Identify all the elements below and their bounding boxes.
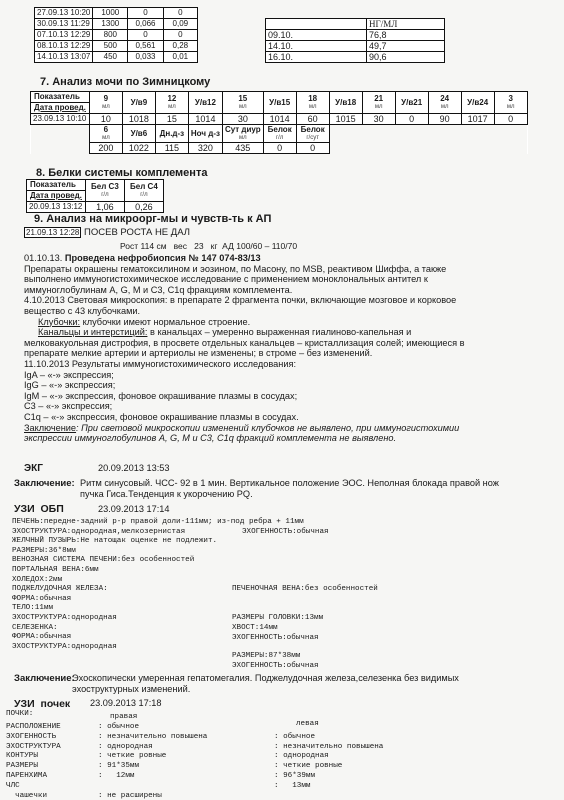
header-label: Ноч д-з: [191, 129, 220, 139]
header-label: 3: [497, 94, 525, 104]
blank-cell: [31, 143, 90, 154]
complement-value: 0,26: [124, 202, 163, 213]
uzi-obp-line: ПЕЧЕНЬ:передне-задний р-р правой доли-11…: [12, 518, 304, 528]
blank-cell: [494, 125, 527, 143]
kidney-param: чашечки: [6, 792, 47, 800]
uzi-obp-line: ВЕНОЗНАЯ СИСТЕМА ПЕЧЕНИ:без особенностей: [12, 556, 304, 566]
biopsy-text-line: вещество с 43 клубочками.: [24, 306, 564, 317]
biopsy-text-line: 11.10.2013 Результаты иммуногистохимичес…: [24, 359, 564, 370]
blank-cell: [461, 143, 494, 154]
table-cell: 0: [163, 30, 197, 41]
kidney-param: ЧЛС: [6, 782, 20, 792]
zimnitsky-value: 115: [155, 143, 188, 154]
urine-volume-table: 27.09.13 10:2010000030.09.13 11:2913000,…: [34, 7, 198, 63]
tubules-label: Канальцы и интерстиций:: [38, 327, 147, 337]
tubules-text: в канальцах – умеренно выраженная гиалин…: [147, 327, 411, 337]
table-cell: 450: [93, 52, 128, 63]
unit-label: мл: [497, 104, 525, 111]
table-row: 23.09.13 10:1010101815101430101460101530…: [31, 114, 528, 125]
ekg-datetime: 20.09.2013 13:53: [98, 463, 170, 474]
unit-label: мл: [299, 104, 327, 111]
blank-cell: [31, 125, 90, 143]
table-row: 09.10.76,8: [266, 30, 445, 41]
blank-cell: [329, 125, 362, 143]
biopsy-title: Проведена нефробиопсия № 147 074-83/13: [65, 253, 261, 263]
zimnitsky-header: 18мл: [296, 92, 329, 114]
zimnitsky-header: У/в12: [188, 92, 222, 114]
biopsy-conclusion-label: Заключение: [24, 423, 76, 433]
table-cell: 08.10.13 12:29: [35, 41, 93, 52]
uzi-obp-line: ФОРМА:обычная: [12, 595, 304, 605]
right-kidney-value: : 91*35мм: [98, 762, 139, 772]
kidney-param: КОНТУРЫ: [6, 752, 38, 762]
table-cell: 0,561: [128, 41, 163, 52]
biopsy-text-line: выполнено иммуногистохимическое исследов…: [24, 274, 564, 285]
header-label: Белок: [266, 125, 294, 135]
zimnitsky-value: 0: [395, 114, 428, 125]
kidney-param: ПАРЕНХИМА: [6, 772, 47, 782]
kidney-row: чашечки: не расширены: [6, 792, 564, 800]
table-cell: 0: [128, 8, 163, 19]
label-indicator: Показатель: [27, 180, 85, 191]
complement-value: 1,06: [85, 202, 124, 213]
unit-label: мл: [158, 104, 186, 111]
kidney-param: ЭХОСТРУКТУРА: [6, 743, 61, 753]
anthropometry: Рост 114 см вес 23 кг АД 100/60 – 110/70: [120, 241, 297, 251]
biopsy-text-line: 4.10.2013 Световая микроскопия: в препар…: [24, 295, 564, 306]
complement-table: ПоказательДата провед.Бел C3г/лБел C4г/л…: [26, 179, 164, 213]
left-kidney-value: : четкие ровные: [274, 762, 342, 772]
header-label: 12: [158, 94, 186, 104]
table-row: ПоказательДата провед.9млУ/в912млУ/в1215…: [31, 92, 528, 114]
zimnitsky-header: 3мл: [494, 92, 527, 114]
kidney-param: РАСПОЛОЖЕНИЕ: [6, 723, 61, 733]
unit-label: мл: [225, 104, 261, 111]
label-indicator: Показатель: [31, 92, 89, 103]
zimnitsky-header: Дн.д-з: [155, 125, 188, 143]
zimnitsky-value: 10: [89, 114, 122, 125]
zimnitsky-value: 15: [155, 114, 188, 125]
left-kidney-value: : 96*39мм: [274, 772, 315, 782]
header-label: У/в21: [398, 98, 426, 108]
biopsy-text-line: Препараты окрашены гематоксилином и эози…: [24, 264, 564, 275]
blank-cell: [428, 143, 461, 154]
header-label: 6: [92, 125, 120, 135]
table-cell: 0,033: [128, 52, 163, 63]
micro-date: 21.09.13 12:28: [24, 227, 81, 238]
ekg-conclusion-2: пучка Гиса.Тенденция к укорочению PQ.: [80, 489, 253, 500]
unit-label: мл: [431, 104, 459, 111]
value-cell: 76,8: [367, 30, 445, 41]
uzi-obp-conclusion-1: Эхоскопически умеренная гепатомегалия. П…: [72, 673, 459, 684]
zimnitsky-value: 0: [494, 114, 527, 125]
table-row: 20.09.13 13:121,060,26: [27, 202, 164, 213]
zimnitsky-header: Ноч д-з: [188, 125, 222, 143]
header-label: У/в24: [464, 98, 492, 108]
zimnitsky-value: 1014: [263, 114, 296, 125]
table-row: 14.10.13 13:074500,0330,01: [35, 52, 198, 63]
kidney-row: ЭХОСТРУКТУРА: однородная: незначительно …: [6, 743, 564, 753]
ekg-conclusion-1: Ритм синусовый. ЧСС- 92 в 1 мин. Вертика…: [80, 478, 499, 489]
blank-cell: [461, 125, 494, 143]
kidneys-section: ПОЧКИ:: [6, 710, 33, 720]
right-kidney-value: : 12мм: [98, 772, 134, 782]
uzi-obp-datetime: 23.09.2013 17:14: [98, 504, 170, 515]
table-cell: 07.10.13 12:29: [35, 30, 93, 41]
kidney-row: ЧЛС: 13мм: [6, 782, 564, 792]
date-cell: 14.10.: [266, 41, 367, 52]
hormone-level-table: НГ/МЛ 09.10.76,814.10.49,716.10.90,6: [265, 18, 445, 63]
uzi-obp-line: ХОЛЕДОХ:2мм: [12, 576, 304, 586]
unit-label: г/сут: [299, 135, 327, 142]
zimnitsky-value: 1015: [329, 114, 362, 125]
unit-label: мл: [92, 135, 120, 142]
uzi-obp-line: ТЕЛО:11мм: [12, 604, 304, 614]
zimnitsky-value: 1022: [122, 143, 155, 154]
table-cell: 30.09.13 11:29: [35, 19, 93, 30]
blank-cell: [362, 125, 395, 143]
pancreas-tail: ХВОСТ:14мм: [232, 624, 278, 634]
glomeruli-text: клубочки имеют нормальное строение.: [80, 317, 250, 327]
zimnitsky-value: 90: [428, 114, 461, 125]
complement-header: Бел C4г/л: [124, 180, 163, 202]
blank-cell: [362, 143, 395, 154]
header-label: Бел C4: [127, 182, 161, 192]
unit-label: мл: [225, 135, 261, 142]
uzi-obp-label: УЗИ ОБП: [14, 503, 64, 515]
zimnitsky-header: У/в15: [263, 92, 296, 114]
header-label: У/в15: [266, 98, 294, 108]
kidney-row: ПАРЕНХИМА: 12мм: 96*39мм: [6, 772, 564, 782]
date-cell: 09.10.: [266, 30, 367, 41]
date-cell: 20.09.13 13:12: [27, 202, 86, 213]
biopsy-text-line: C1q – «-» экспрессия, фоновое окрашивани…: [24, 412, 564, 423]
spleen-echogenicity: ЭХОГЕННОСТЬ:обычная: [232, 662, 319, 672]
table-cell: 0,066: [128, 19, 163, 30]
biopsy-conclusion-1: : При световой микроскопии изменений клу…: [76, 423, 459, 433]
zimnitsky-header: У/в18: [329, 92, 362, 114]
table-cell: 1300: [93, 19, 128, 30]
zimnitsky-header: У/в24: [461, 92, 494, 114]
date-cell: 23.09.13 10:10: [31, 114, 90, 125]
biopsy-section: 01.10.13. Проведена нефробиопсия № 147 0…: [24, 253, 564, 444]
biopsy-text-line: мелковакуольная дистрофия, в просвете от…: [24, 338, 564, 349]
zimnitsky-header: 21мл: [362, 92, 395, 114]
table-cell: 27.09.13 10:20: [35, 8, 93, 19]
table-cell: 0,01: [163, 52, 197, 63]
zimnitsky-header: У/в6: [122, 125, 155, 143]
table-row: 16.10.90,6: [266, 52, 445, 63]
zimnitsky-value: 0: [296, 143, 329, 154]
header-label: У/в6: [125, 129, 153, 139]
biopsy-text-line: C3 – «-» экспрессия;: [24, 401, 564, 412]
table-row: ПоказательДата провед.Бел C3г/лБел C4г/л: [27, 180, 164, 202]
header-label: У/в12: [191, 98, 220, 108]
biopsy-text-line: препарате мелкие артерии и артериолы не …: [24, 348, 564, 359]
header-label: 18: [299, 94, 327, 104]
pancreas-echogenicity: ЭХОГЕННОСТЬ:обычная: [232, 634, 319, 644]
table-cell: 14.10.13 13:07: [35, 52, 93, 63]
uzi-obp-line: ЖЕЛЧНЫЙ ПУЗЫРЬ:Не натощак оценке не подл…: [12, 537, 304, 547]
table-cell: 0,28: [163, 41, 197, 52]
kidney-findings: РАСПОЛОЖЕНИЕ: обычноеЭХОГЕННОСТЬ: незнач…: [6, 723, 564, 800]
biopsy-text-line: IgA – «-» экспрессия;: [24, 370, 564, 381]
blank-cell: [494, 143, 527, 154]
unit-label: г/л: [266, 135, 294, 142]
zimnitsky-title: 7. Анализ мочи по Зимницкому: [40, 76, 210, 88]
zimnitsky-header: 9мл: [89, 92, 122, 114]
zimnitsky-value: 435: [222, 143, 263, 154]
hepatic-vein: ПЕЧЕНОЧНАЯ ВЕНА:без особенностей: [232, 585, 378, 595]
value-cell: 49,7: [367, 41, 445, 52]
unit-label: г/л: [127, 192, 161, 199]
left-kidney-value: : незначительно повышена: [274, 743, 383, 753]
uzi-obp-conclusion-label: Заключение:: [14, 673, 75, 684]
label-date-header: Дата провед.: [27, 191, 85, 201]
biopsy-conclusion-2: экспрессии иммуноглобулинов A, G, M и C3…: [24, 433, 564, 444]
header-label: У/в18: [332, 98, 360, 108]
right-kidney-value: : не расширены: [98, 792, 162, 800]
zimnitsky-table: ПоказательДата провед.9млУ/в912млУ/в1215…: [30, 91, 528, 154]
header-label: 24: [431, 94, 459, 104]
blank-cell: [329, 143, 362, 154]
zimnitsky-value: 60: [296, 114, 329, 125]
biopsy-text-line: IgM – «-» экспрессия, фоновое окрашивани…: [24, 391, 564, 402]
kidney-row: КОНТУРЫ: четкие ровные: однородная: [6, 752, 564, 762]
table-cell: 0,09: [163, 19, 197, 30]
table-cell: 800: [93, 30, 128, 41]
ekg-label: ЭКГ: [24, 463, 43, 474]
kidney-row: РАЗМЕРЫ: 91*35мм: четкие ровные: [6, 762, 564, 772]
header-label: У/в9: [125, 98, 153, 108]
zimnitsky-header: 15мл: [222, 92, 263, 114]
header-label: Белок: [299, 125, 327, 135]
ekg-conclusion-label: Заключение:: [14, 478, 75, 489]
uzi-obp-line: РАЗМЕРЫ:36*8мм: [12, 547, 304, 557]
header-label: Сут диур: [225, 125, 261, 135]
uzi-obp-line: ЭХОСТРУКТУРА:однородная: [12, 643, 304, 653]
glomeruli-label: Клубочки:: [38, 317, 80, 327]
zimnitsky-value: 30: [362, 114, 395, 125]
table-cell: 1000: [93, 8, 128, 19]
zimnitsky-header: 6мл: [89, 125, 122, 143]
label-cell: ПоказательДата провед.: [27, 180, 86, 202]
zimnitsky-value: 30: [222, 114, 263, 125]
kidney-param: ЭХОГЕННОСТЬ: [6, 733, 56, 743]
left-kidney-value: : однородная: [274, 752, 329, 762]
complement-title: 8. Белки системы комплемента: [36, 167, 207, 179]
table-cell: 0: [128, 30, 163, 41]
table-row: 07.10.13 12:2980000: [35, 30, 198, 41]
header-label: Бел C3: [88, 182, 122, 192]
zimnitsky-header: Белокг/сут: [296, 125, 329, 143]
label-cell: ПоказательДата провед.: [31, 92, 90, 114]
uzi-kidneys-datetime: 23.09.2013 17:18: [90, 698, 162, 709]
table-cell: 0: [163, 8, 197, 19]
zimnitsky-value: 1014: [188, 114, 222, 125]
date-cell: 16.10.: [266, 52, 367, 63]
header-label: 21: [365, 94, 393, 104]
uzi-obp-line: ПОРТАЛЬНАЯ ВЕНА:6мм: [12, 566, 304, 576]
biopsy-date: 01.10.13.: [24, 253, 62, 263]
micro-title: 9. Анализ на микроорг-мы и чувств-ть к А…: [34, 213, 271, 225]
blank-cell: [395, 143, 428, 154]
micro-result: ПОСЕВ РОСТА НЕ ДАЛ: [84, 227, 190, 238]
header-label: 9: [92, 94, 120, 104]
zimnitsky-header: 12мл: [155, 92, 188, 114]
right-kidney-value: : обычное: [98, 723, 139, 733]
left-kidney-value: : обычное: [274, 733, 315, 743]
right-kidney-value: : незначительно повышена: [98, 733, 207, 743]
spleen-size: РАЗМЕРЫ:87*38мм: [232, 652, 300, 662]
table-row: 30.09.13 11:2913000,0660,09: [35, 19, 198, 30]
uzi-kidneys-label: УЗИ почек: [14, 698, 70, 710]
unit-header: НГ/МЛ: [367, 19, 445, 30]
header-label: 15: [225, 94, 261, 104]
table-row: 200102211532043500: [31, 143, 528, 154]
value-cell: 90,6: [367, 52, 445, 63]
zimnitsky-value: 200: [89, 143, 122, 154]
zimnitsky-header: 24мл: [428, 92, 461, 114]
right-kidney-value: : однородная: [98, 743, 153, 753]
biopsy-text-line: IgG – «-» экспрессия;: [24, 380, 564, 391]
label-date-header: Дата провед.: [31, 103, 89, 113]
kidney-row: ЭХОГЕННОСТЬ: незначительно повышена: обы…: [6, 733, 564, 743]
left-kidney-value: : 13мм: [274, 782, 310, 792]
zimnitsky-value: 1018: [122, 114, 155, 125]
kidney-param: РАЗМЕРЫ: [6, 762, 38, 772]
table-row: 08.10.13 12:295000,5610,28: [35, 41, 198, 52]
header-label: Дн.д-з: [158, 129, 186, 139]
blank-cell: [428, 125, 461, 143]
blank-cell: [395, 125, 428, 143]
zimnitsky-header: У/в9: [122, 92, 155, 114]
pancreas-head-size: РАЗМЕРЫ ГОЛОВКИ:13мм: [232, 614, 323, 624]
table-row: 27.09.13 10:20100000: [35, 8, 198, 19]
unit-label: мл: [92, 104, 120, 111]
complement-header: Бел C3г/л: [85, 180, 124, 202]
zimnitsky-header: Сут диурмл: [222, 125, 263, 143]
zimnitsky-header: Белокг/л: [263, 125, 296, 143]
uzi-obp-conclusion-2: эхоструктурных изменений.: [72, 684, 190, 695]
biopsy-text-line: иммуноглобулинам A, G, M и C3, C1q фракц…: [24, 285, 564, 296]
kidney-row: РАСПОЛОЖЕНИЕ: обычное: [6, 723, 564, 733]
right-kidney-value: : четкие ровные: [98, 752, 166, 762]
right-kidney-header: правая: [110, 713, 137, 723]
zimnitsky-value: 320: [188, 143, 222, 154]
unit-label: мл: [365, 104, 393, 111]
zimnitsky-value: 0: [263, 143, 296, 154]
zimnitsky-header: У/в21: [395, 92, 428, 114]
zimnitsky-value: 1017: [461, 114, 494, 125]
table-cell: 500: [93, 41, 128, 52]
unit-label: г/л: [88, 192, 122, 199]
table-row: 14.10.49,7: [266, 41, 445, 52]
liver-echogenicity: ЭХОГЕННОСТЬ:обычная: [242, 528, 329, 538]
micro-result-row: 21.09.13 12:28 ПОСЕВ РОСТА НЕ ДАЛ: [24, 227, 190, 238]
table-row: 6млУ/в6Дн.д-зНоч д-зСут диурмлБелокг/лБе…: [31, 125, 528, 143]
